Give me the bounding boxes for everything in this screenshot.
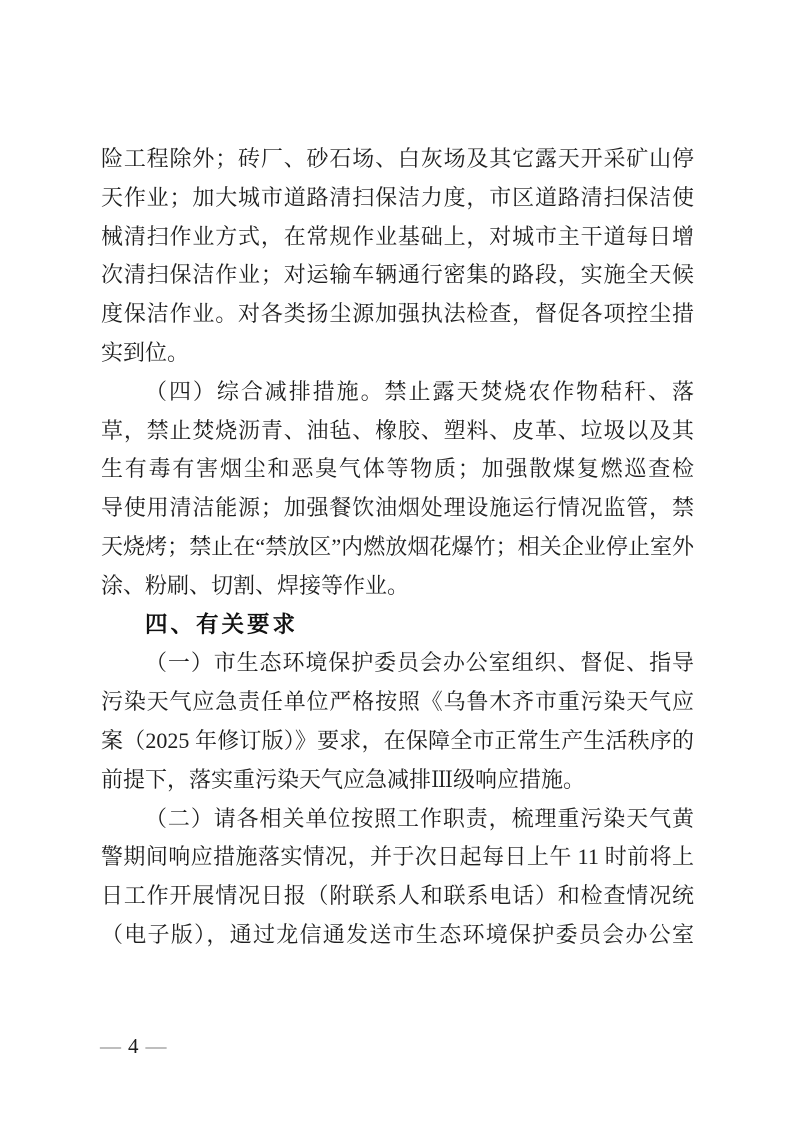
text-line: 导使用清洁能源；加强餐饮油烟处理设施运行情况监管，禁止露: [101, 489, 694, 528]
text-line: （四）综合减排措施。禁止露天焚烧农作物秸秆、落叶、杂: [101, 373, 694, 412]
text-line: 天作业；加大城市道路清扫保洁力度，市区道路清扫保洁使用机: [101, 179, 694, 218]
text-line: 警期间响应措施落实情况，并于次日起每日上午 11 时前将上一: [101, 838, 694, 877]
text-line: （一）市生态环境保护委员会办公室组织、督促、指导市重: [101, 644, 694, 683]
section-heading: 四、有关要求: [101, 606, 694, 645]
footer-dash-left: —: [100, 1034, 121, 1059]
text-line: 案（2025 年修订版）》要求，在保障全市正常生产生活秩序的: [101, 722, 694, 761]
text-line: 次清扫保洁作业；对运输车辆通行密集的路段，实施全天候高密: [101, 256, 694, 295]
text-line: 日工作开展情况日报（附联系人和联系电话）和检查情况统计表: [101, 877, 694, 916]
footer-dash-right: —: [146, 1034, 167, 1059]
document-body: 险工程除外；砖厂、砂石场、白灰场及其它露天开采矿山停止露天作业；加大城市道路清扫…: [101, 140, 694, 955]
text-line: 涂、粉刷、切割、焊接等作业。: [101, 567, 694, 606]
text-line: 天烧烤；禁止在“禁放区”内燃放烟花爆竹；相关企业停止室外喷: [101, 528, 694, 567]
text-line: （电子版），通过龙信通发送市生态环境保护委员会办公室（市: [101, 916, 694, 955]
text-line: 生有毒有害烟尘和恶臭气体等物质；加强散煤复燃巡查检查，引: [101, 450, 694, 489]
document-page: 险工程除外；砖厂、砂石场、白灰场及其它露天开采矿山停止露天作业；加大城市道路清扫…: [0, 0, 793, 1122]
text-line: 污染天气应急责任单位严格按照《乌鲁木齐市重污染天气应急预: [101, 683, 694, 722]
text-line: 险工程除外；砖厂、砂石场、白灰场及其它露天开采矿山停止露: [101, 140, 694, 179]
text-line: （二）请各相关单位按照工作职责，梳理重污染天气黄色预: [101, 800, 694, 839]
text-line: 草，禁止焚烧沥青、油毡、橡胶、塑料、皮革、垃圾以及其他产: [101, 412, 694, 451]
text-line: 度保洁作业。对各类扬尘源加强执法检查，督促各项控尘措施落: [101, 295, 694, 334]
text-line: 械清扫作业方式，在常规作业基础上，对城市主干道每日增加 1: [101, 218, 694, 257]
text-line: 前提下，落实重污染天气应急减排Ⅲ级响应措施。: [101, 761, 694, 800]
text-line: 实到位。: [101, 334, 694, 373]
page-number: 4: [126, 1034, 141, 1059]
page-footer: — 4 —: [100, 1031, 167, 1061]
